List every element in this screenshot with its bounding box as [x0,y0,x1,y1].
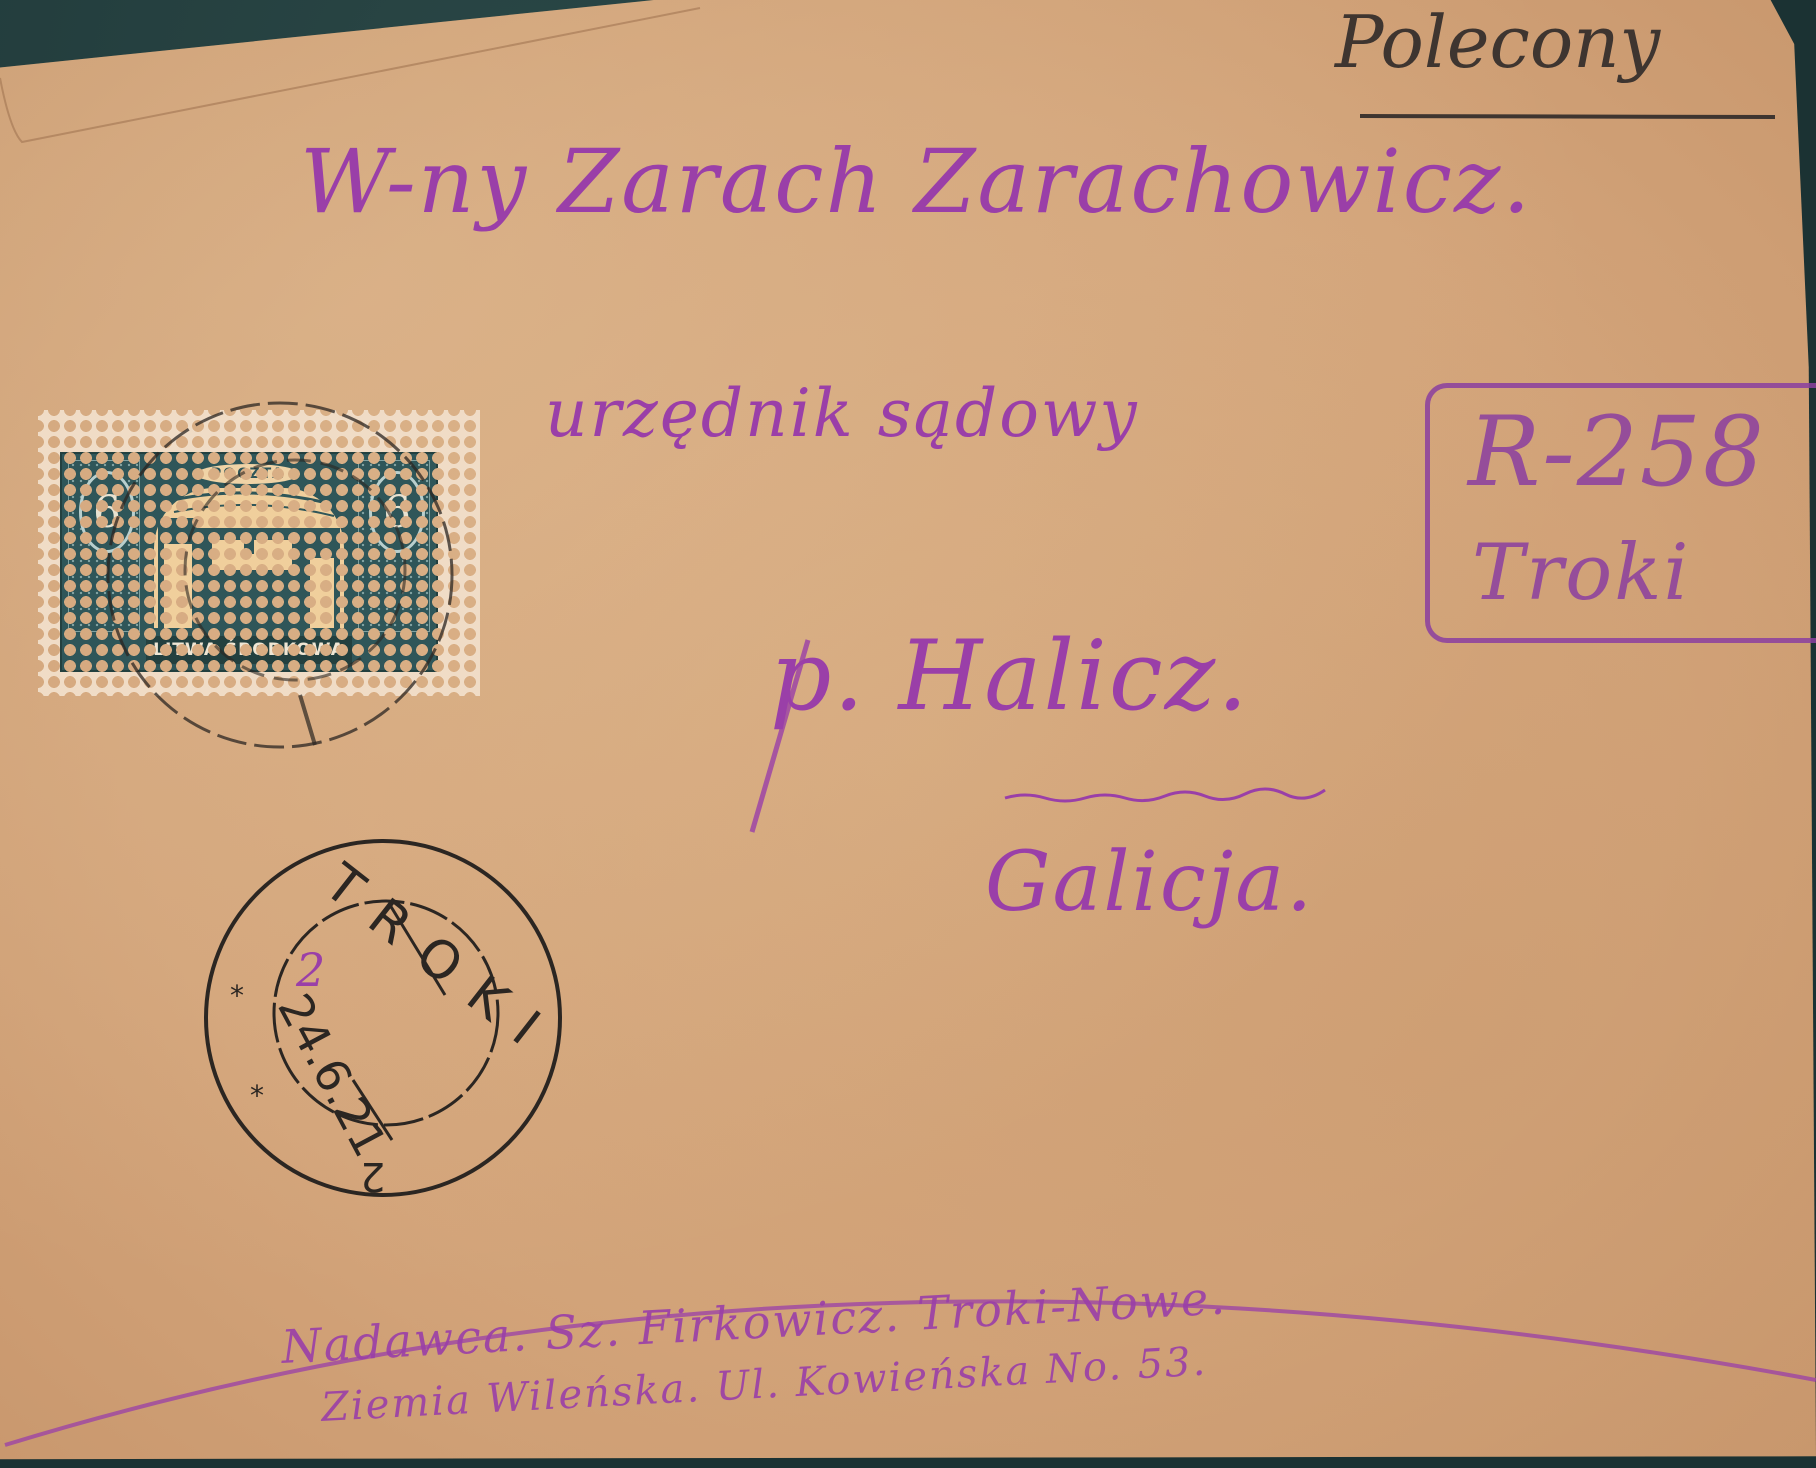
recipient-town: p. Halicz. [770,620,1250,732]
registration-label-box: R-258 Troki [1425,383,1816,643]
handwritten-mark: 2 [296,943,325,997]
recipient-occupation: urzędnik sądowy [545,375,1139,452]
registered-annotation: Polecony [1335,0,1660,84]
recipient-region: Galicja. [985,835,1314,930]
svg-text:*: * [230,979,244,1012]
svg-text:*: * [250,1079,264,1112]
postmark-office-number: 2 [360,1153,385,1199]
recipient-name: W-ny Zarach Zarachowicz. [300,130,1532,233]
postmark: * * TROKI 24.6.21 2 2 [200,835,570,1205]
stamp-cancellation [90,395,470,765]
registration-number: R-258 [1468,396,1766,508]
registration-office: Troki [1472,528,1690,618]
